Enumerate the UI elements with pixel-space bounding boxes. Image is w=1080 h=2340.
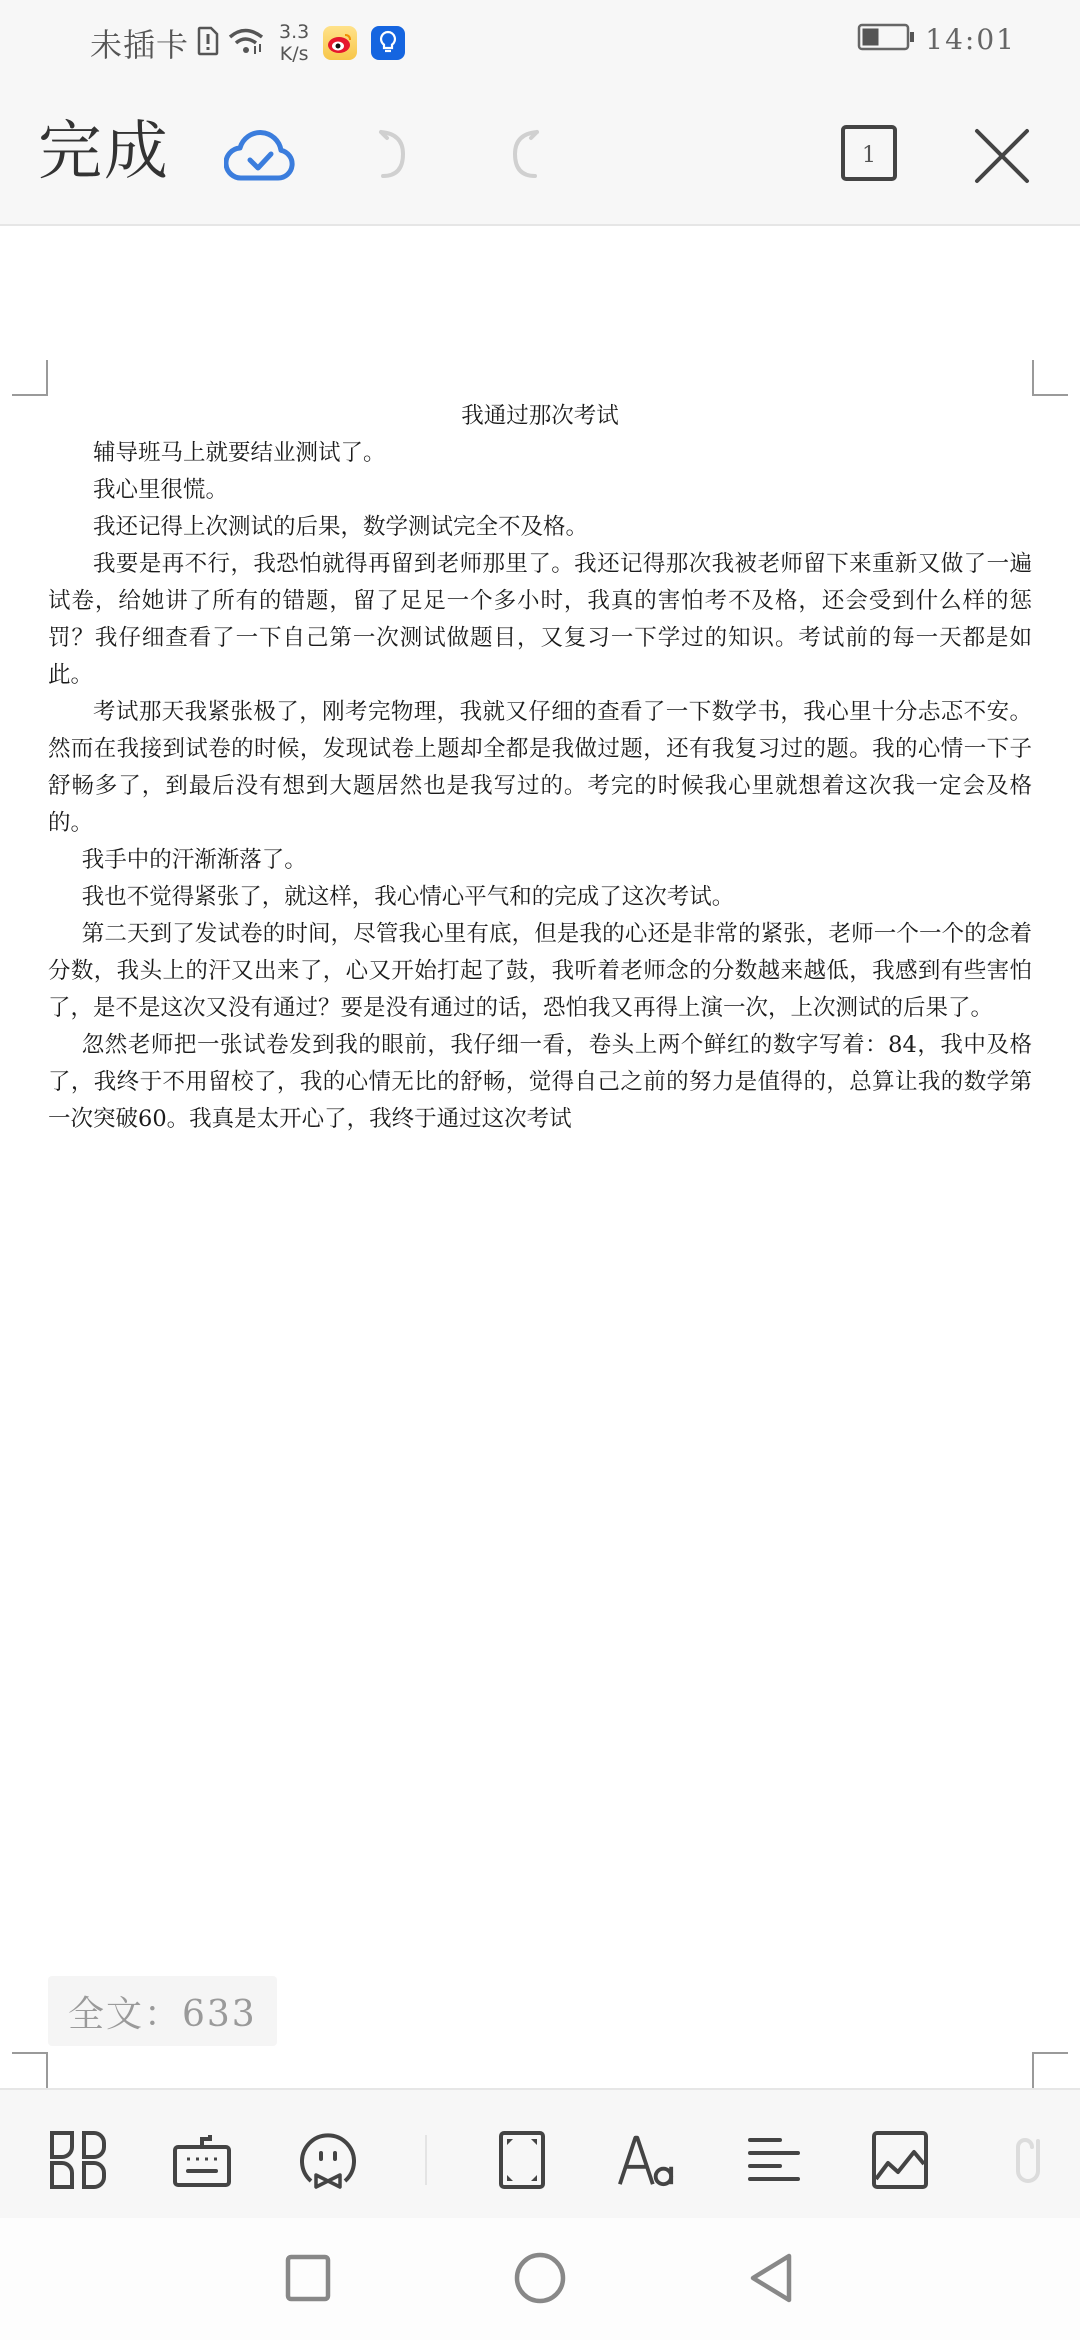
undo-icon[interactable] bbox=[368, 122, 418, 186]
redo-icon[interactable] bbox=[500, 122, 550, 186]
document-page[interactable]: 我通过那次考试 辅导班马上就要结业测试了。 我心里很慌。 我还记得上次测试的后果… bbox=[0, 228, 1080, 2086]
cloud-saved-icon[interactable] bbox=[222, 120, 298, 190]
sim-alert-icon bbox=[197, 26, 219, 60]
document-title: 我通过那次考试 bbox=[48, 398, 1032, 435]
align-left-icon[interactable] bbox=[744, 2130, 804, 2190]
image-icon[interactable] bbox=[870, 2130, 930, 2190]
recents-icon[interactable] bbox=[278, 2248, 338, 2308]
clock: 14:01 bbox=[925, 23, 1016, 56]
battery-icon bbox=[857, 22, 917, 56]
paragraph: 我还记得上次测试的后果，数学测试完全不及格。 bbox=[48, 509, 1032, 546]
paragraph: 我要是再不行，我恐怕就得再留到老师那里了。我还记得那次我被老师留下来重新又做了一… bbox=[48, 546, 1032, 694]
tips-app-icon bbox=[371, 26, 405, 60]
wifi-icon bbox=[227, 26, 267, 60]
close-icon[interactable] bbox=[972, 126, 1032, 186]
paragraph: 我也不觉得紧张了，就这样，我心情心平气和的完成了这次考试。 bbox=[48, 879, 1032, 916]
document-body[interactable]: 我通过那次考试 辅导班马上就要结业测试了。 我心里很慌。 我还记得上次测试的后果… bbox=[48, 398, 1032, 1138]
apps-grid-icon[interactable] bbox=[48, 2130, 108, 2190]
page-margin-corner bbox=[12, 360, 48, 396]
paragraph: 我心里很慌。 bbox=[48, 472, 1032, 509]
bottom-toolbar bbox=[0, 2088, 1080, 2218]
network-speed: 3.3 K/s bbox=[279, 21, 309, 65]
emoji-bowtie-icon[interactable] bbox=[298, 2130, 358, 2190]
system-nav-bar bbox=[0, 2218, 1080, 2340]
font-icon[interactable] bbox=[616, 2130, 676, 2190]
page-margin-corner bbox=[1032, 360, 1068, 396]
word-count-badge: 全文：633 bbox=[48, 1976, 277, 2046]
paragraph: 第二天到了发试卷的时间，尽管我心里有底，但是我的心还是非常的紧张，老师一个一个的… bbox=[48, 916, 1032, 1027]
paragraph: 考试那天我紧张极了，刚考完物理，我就又仔细的查看了一下数学书，我心里十分忐忑不安… bbox=[48, 694, 1032, 842]
carrier-text: 未插卡 bbox=[90, 20, 189, 66]
page-margin-corner bbox=[1032, 2052, 1068, 2088]
page-margin-corner bbox=[12, 2052, 48, 2088]
home-icon[interactable] bbox=[510, 2248, 570, 2308]
weibo-app-icon bbox=[323, 26, 357, 60]
keyboard-icon[interactable] bbox=[172, 2130, 232, 2190]
paragraph: 忽然老师把一张试卷发到我的眼前，我仔细一看，卷头上两个鲜红的数字写着：84，我中… bbox=[48, 1027, 1032, 1138]
paragraph: 辅导班马上就要结业测试了。 bbox=[48, 435, 1032, 472]
fullscreen-icon[interactable] bbox=[492, 2130, 552, 2190]
done-button[interactable]: 完成 bbox=[38, 120, 170, 184]
editor-toolbar: 完成 1 bbox=[0, 84, 1080, 226]
page-count-icon[interactable]: 1 bbox=[840, 124, 898, 182]
back-icon[interactable] bbox=[742, 2248, 802, 2308]
toolbar-divider bbox=[425, 2135, 427, 2185]
paragraph: 我手中的汗渐渐落了。 bbox=[48, 842, 1032, 879]
svg-text:1: 1 bbox=[862, 143, 876, 168]
status-bar: 未插卡 3.3 K/s 14:01 bbox=[0, 0, 1080, 84]
attachment-icon[interactable] bbox=[1000, 2130, 1060, 2190]
